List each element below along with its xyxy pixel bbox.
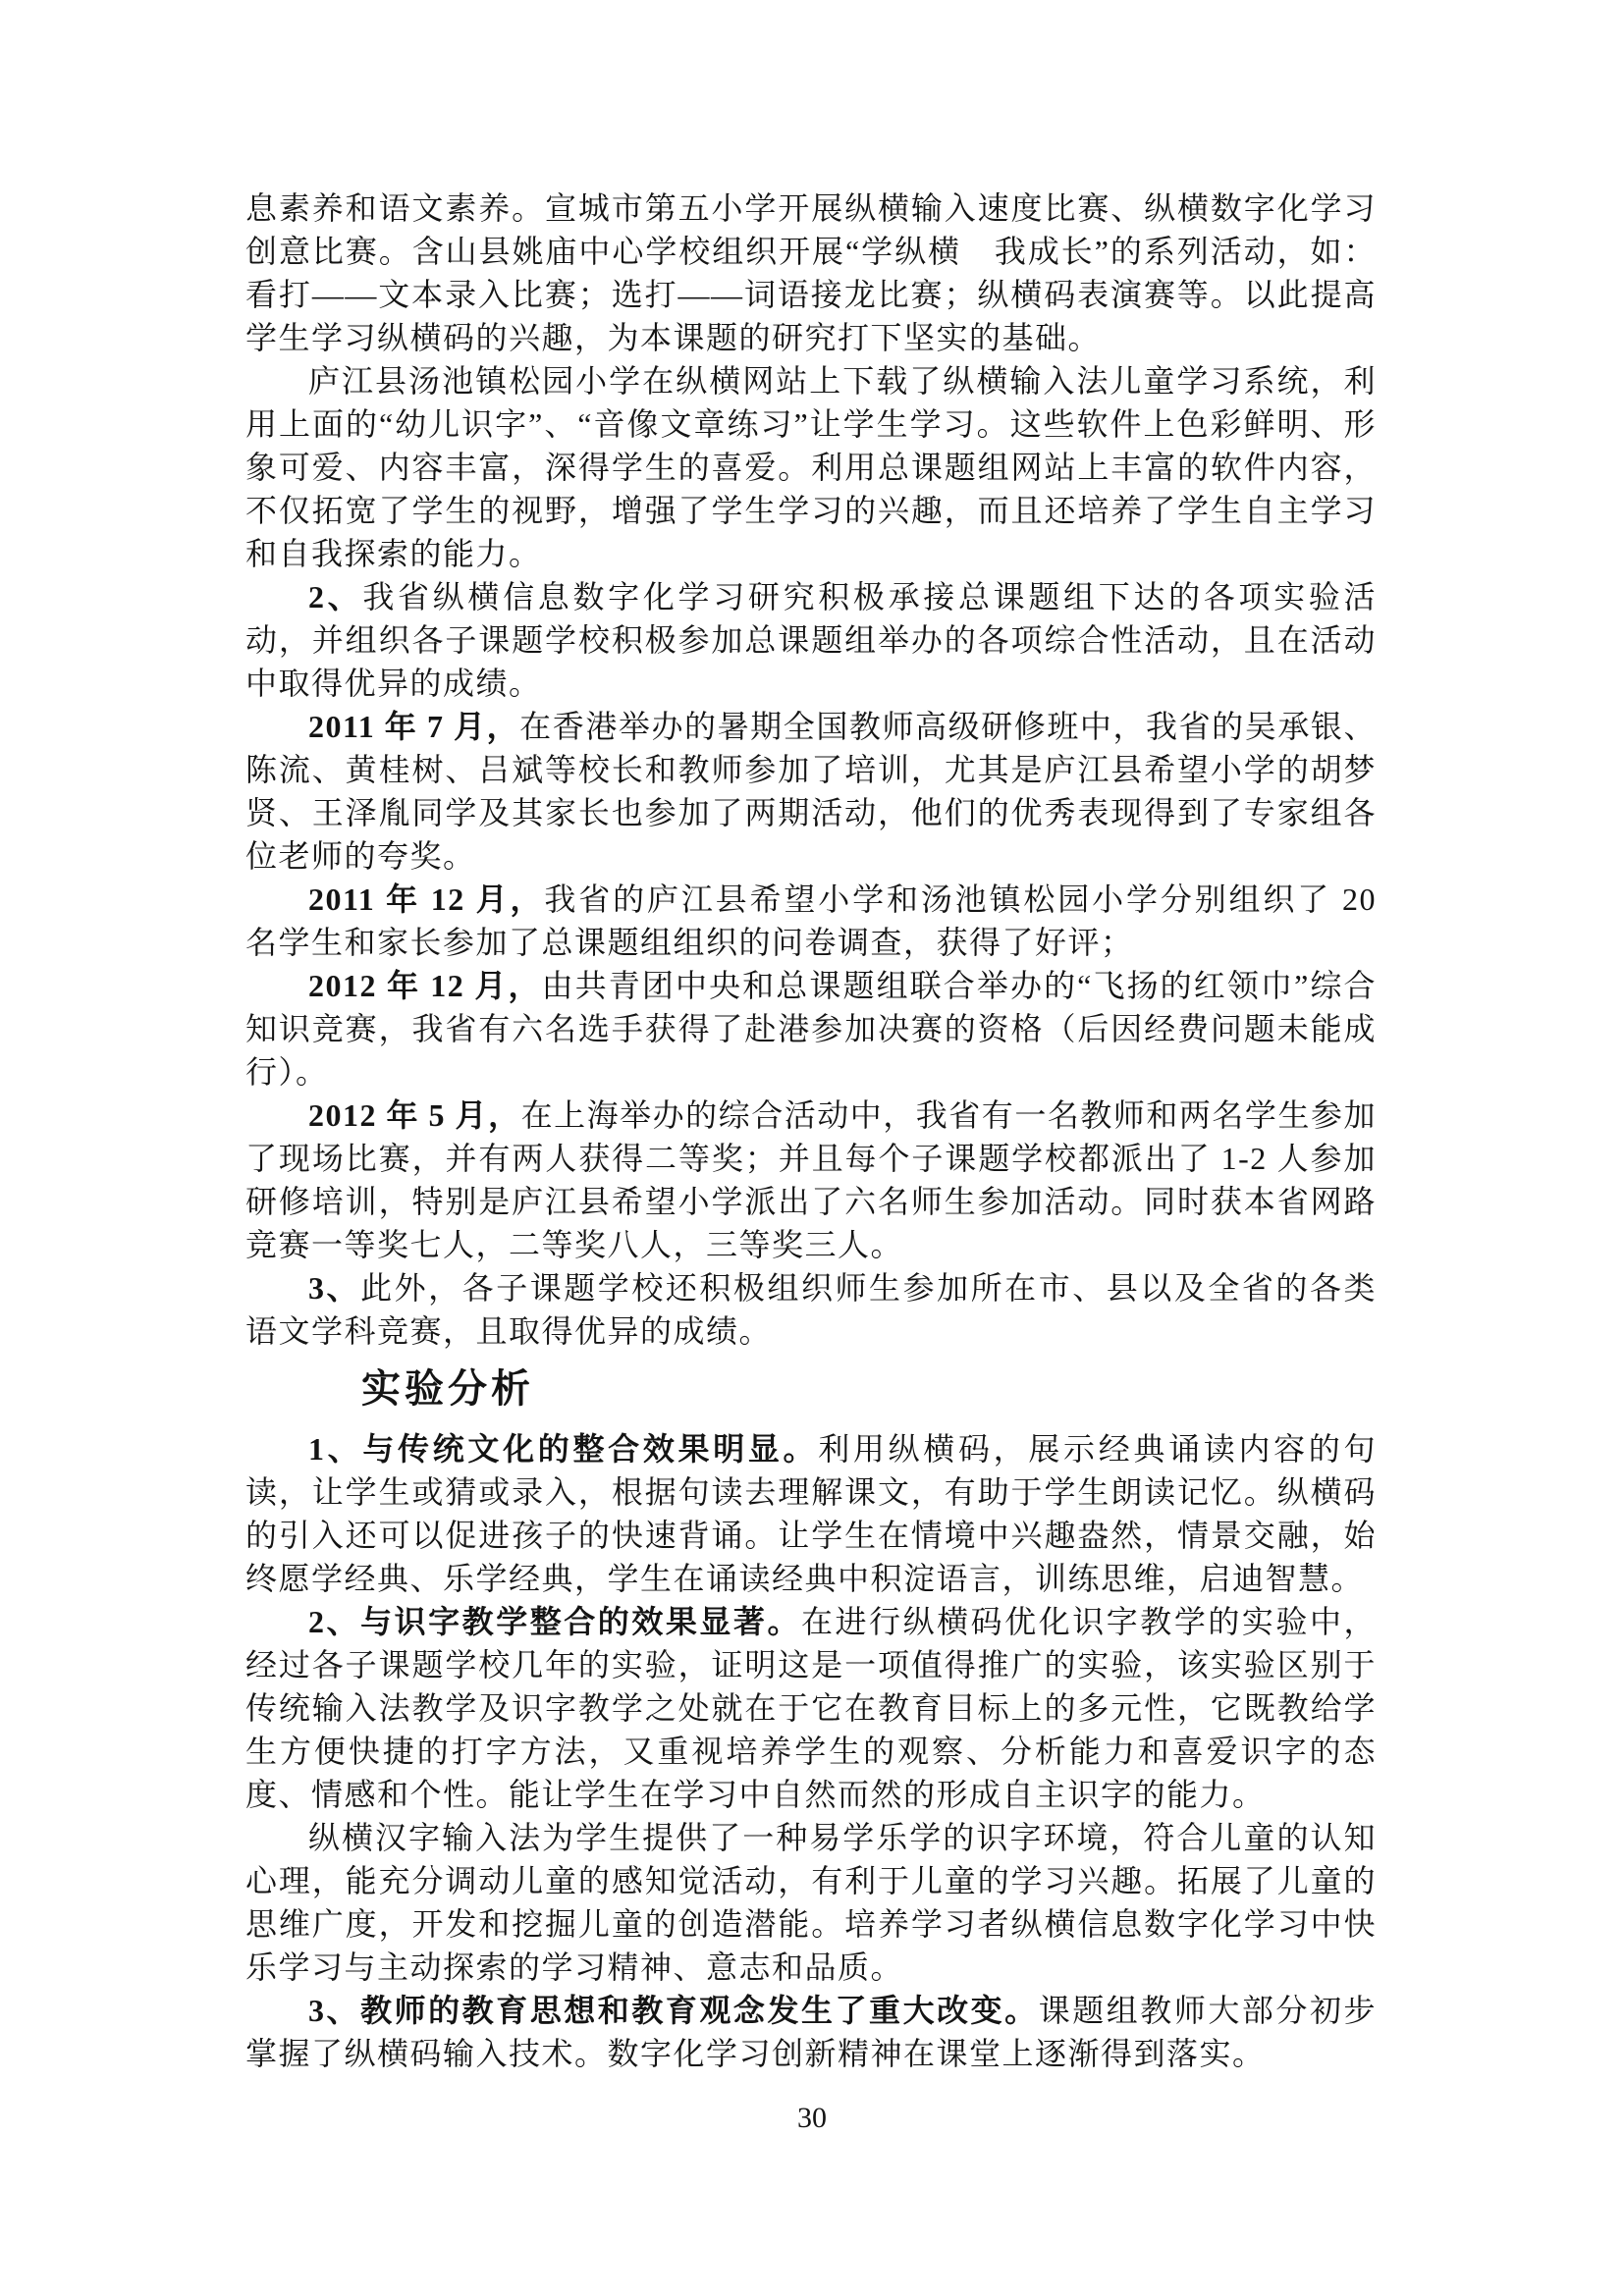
paragraph-lead: 2011 年 7 月， (308, 709, 519, 744)
paragraph: 庐江县汤池镇松园小学在纵横网站上下载了纵横输入法儿童学习系统，利用上面的“幼儿识… (245, 359, 1377, 575)
paragraph-lead: 2011 年 12 月， (308, 881, 544, 917)
paragraph: 息素养和语文素养。宣城市第五小学开展纵横输入速度比赛、纵横数字化学习创意比赛。含… (245, 187, 1377, 359)
page-number: 30 (0, 2101, 1624, 2136)
section-heading: 实验分析 (361, 1364, 1377, 1414)
paragraph: 2012 年 12 月，由共青团中央和总课题组联合举办的“飞扬的红领巾”综合知识… (245, 964, 1377, 1094)
paragraph: 2012 年 5 月，在上海举办的综合活动中，我省有一名教师和两名学生参加了现场… (245, 1094, 1377, 1266)
document-page: 息素养和语文素养。宣城市第五小学开展纵横输入速度比赛、纵横数字化学习创意比赛。含… (0, 0, 1624, 2296)
paragraph-body: 我省纵横信息数字化学习研究积极承接总课题组下达的各项实验活动，并组织各子课题学校… (245, 579, 1377, 701)
paragraph: 2、我省纵横信息数字化学习研究积极承接总课题组下达的各项实验活动，并组织各子课题… (245, 575, 1377, 705)
paragraph-lead: 3、教师的教育思想和教育观念发生了重大改变。 (308, 1993, 1039, 2028)
paragraph: 纵横汉字输入法为学生提供了一种易学乐学的识字环境，符合儿童的认知心理，能充分调动… (245, 1816, 1377, 1989)
paragraph-lead: 3、 (308, 1270, 360, 1306)
paragraph: 2011 年 12 月，我省的庐江县希望小学和汤池镇松园小学分别组织了 20 名… (245, 878, 1377, 964)
paragraph: 3、此外，各子课题学校还积极组织师生参加所在市、县以及全省的各类语文学科竞赛，且… (245, 1266, 1377, 1353)
paragraph-lead: 2、与识字教学整合的效果显著。 (308, 1604, 801, 1639)
paragraph-body: 息素养和语文素养。宣城市第五小学开展纵横输入速度比赛、纵横数字化学习创意比赛。含… (245, 190, 1377, 355)
paragraph-lead: 2012 年 12 月， (308, 968, 542, 1003)
paragraph-body: 此外，各子课题学校还积极组织师生参加所在市、县以及全省的各类语文学科竞赛，且取得… (245, 1270, 1377, 1349)
document-body: 息素养和语文素养。宣城市第五小学开展纵横输入速度比赛、纵横数字化学习创意比赛。含… (245, 187, 1377, 2075)
paragraph: 1、与传统文化的整合效果明显。利用纵横码，展示经典诵读内容的句读，让学生或猜或录… (245, 1427, 1377, 1600)
paragraph-lead: 2、 (308, 579, 362, 614)
paragraph: 3、教师的教育思想和教育观念发生了重大改变。课题组教师大部分初步掌握了纵横码输入… (245, 1989, 1377, 2075)
paragraph-lead: 1、与传统文化的整合效果明显。 (308, 1431, 818, 1467)
paragraph-lead: 2012 年 5 月， (308, 1097, 521, 1133)
paragraph-body: 庐江县汤池镇松园小学在纵横网站上下载了纵横输入法儿童学习系统，利用上面的“幼儿识… (245, 363, 1377, 571)
paragraph-body: 纵横汉字输入法为学生提供了一种易学乐学的识字环境，符合儿童的认知心理，能充分调动… (245, 1820, 1377, 1985)
paragraph: 2、与识字教学整合的效果显著。在进行纵横码优化识字教学的实验中，经过各子课题学校… (245, 1600, 1377, 1816)
paragraph: 2011 年 7 月，在香港举办的暑期全国教师高级研修班中，我省的吴承银、陈流、… (245, 705, 1377, 878)
